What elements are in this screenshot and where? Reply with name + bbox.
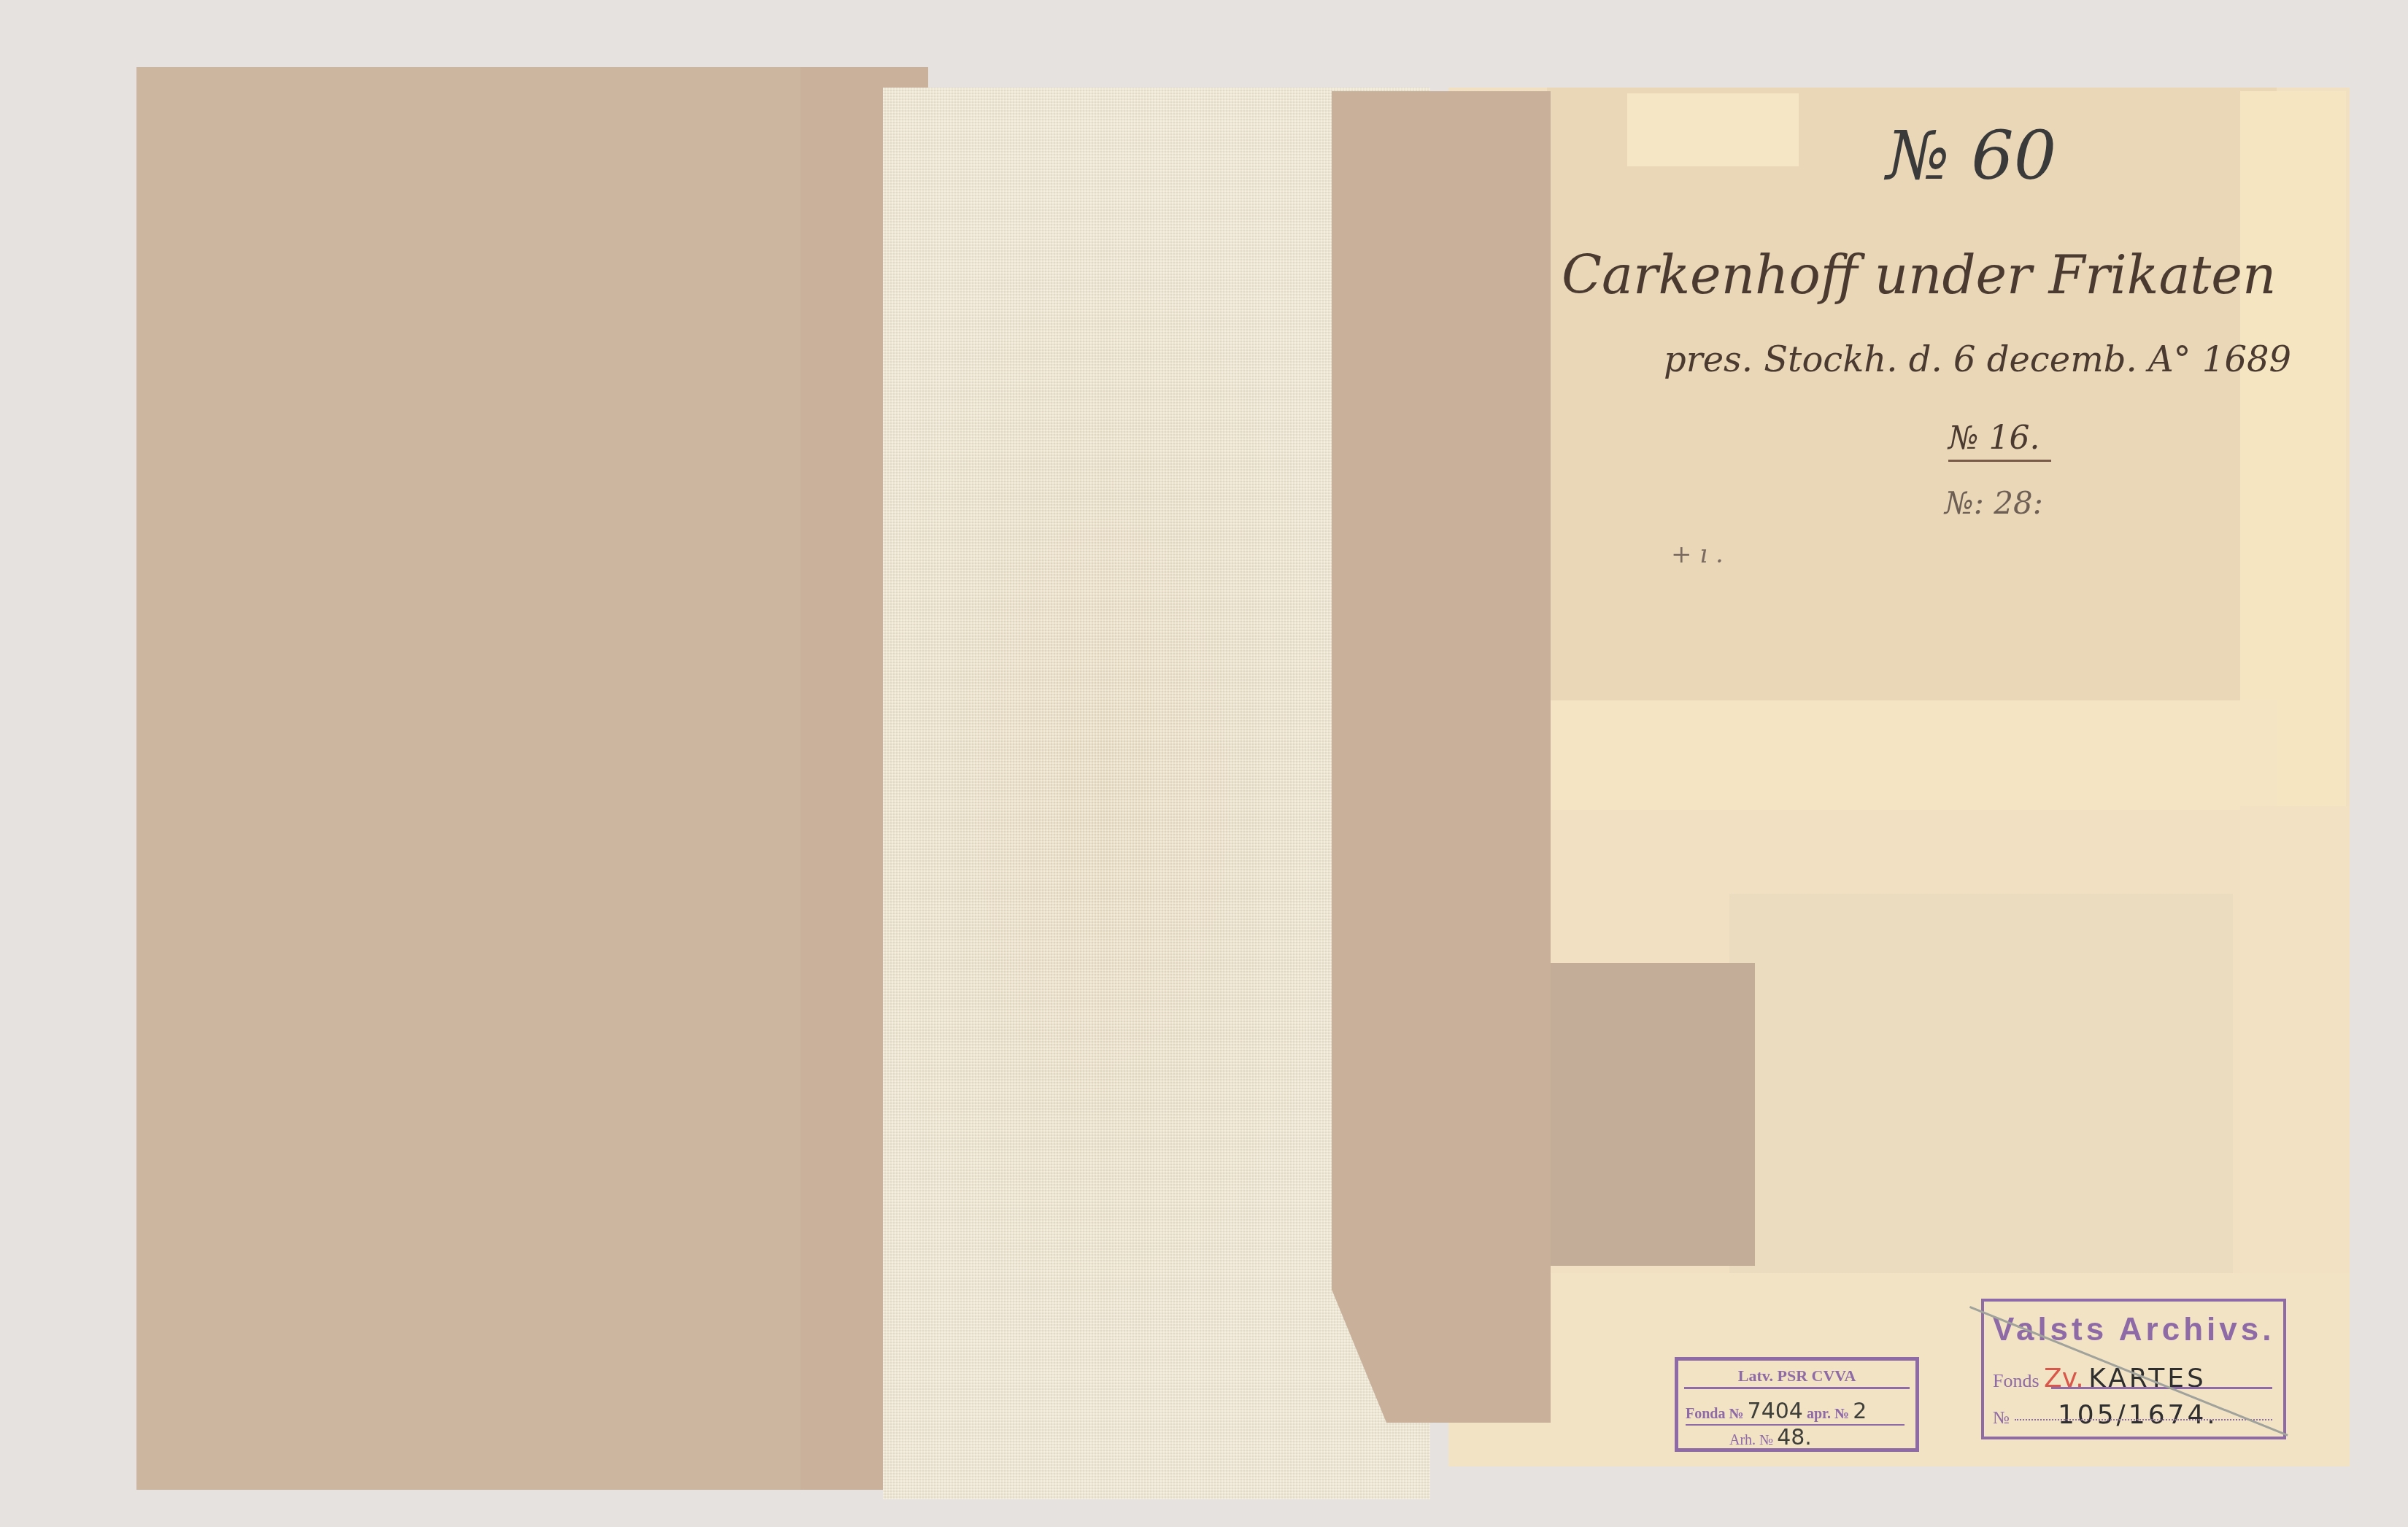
stamp-cvva-arh-value: 48. <box>1777 1425 1812 1450</box>
inscription-presented-date: pres. Stockh. d. 6 decemb. A° 1689 <box>1664 339 2291 380</box>
stamp-cvva-arh-label: Arh. № <box>1729 1432 1773 1448</box>
stamp-va-fonds-row: Fonds Zv. KARTES <box>1993 1364 2281 1393</box>
inscription-number-28: №: 28: <box>1945 485 2043 521</box>
stamp-cvva-fonds-label: Fonda № <box>1686 1406 1744 1422</box>
paper-patch-top <box>1627 93 1799 166</box>
stamp-va-number-value: 105/1674. <box>2058 1400 2218 1430</box>
stamp-cvva-apr-label: apr. № <box>1807 1406 1849 1422</box>
cardboard-block <box>1532 963 1755 1266</box>
paper-sheet-lower <box>1729 894 2233 1273</box>
stamp-va-number-line <box>2015 1419 2272 1420</box>
stamp-va-fonds-line <box>2051 1387 2272 1389</box>
cardboard-strip-middle <box>1332 91 1551 1423</box>
stamp-va-number-label: № <box>1993 1409 2010 1428</box>
inscription-marks: + ı . <box>1671 540 1724 569</box>
stamp-cvva-arh-row: Arh. № 48. <box>1729 1425 1861 1452</box>
stamp-cvva-fonds-value: 7404 <box>1748 1399 1803 1424</box>
stamp-va-heading: Valsts Archivs. <box>1993 1312 2274 1348</box>
inscription-number-16: № 16. <box>1948 420 2051 462</box>
paper-band-middle <box>1547 700 2277 810</box>
inscription-number-60: № 60 <box>1886 117 2056 195</box>
paper-strip-right <box>2240 91 2346 806</box>
cardboard-backing-panel <box>136 67 928 1490</box>
stamp-cvva-fonds-row: Fonda № 7404 apr. № 2 <box>1686 1399 1905 1426</box>
stamp-cvva-heading: Latv. PSR CVVA <box>1684 1366 1910 1389</box>
stamp-cvva-apr-value: 2 <box>1853 1399 1867 1424</box>
stamp-va-fonds-label: Fonds <box>1993 1370 2040 1391</box>
stamp-valsts-archivs: Valsts Archivs. Fonds Zv. KARTES № 105/1… <box>1981 1299 2286 1439</box>
inscription-title: Carkenhoff under Frikaten <box>1562 244 2276 306</box>
stamp-latv-psr-cvva: Latv. PSR CVVA Fonda № 7404 apr. № 2 Arh… <box>1675 1357 1919 1452</box>
